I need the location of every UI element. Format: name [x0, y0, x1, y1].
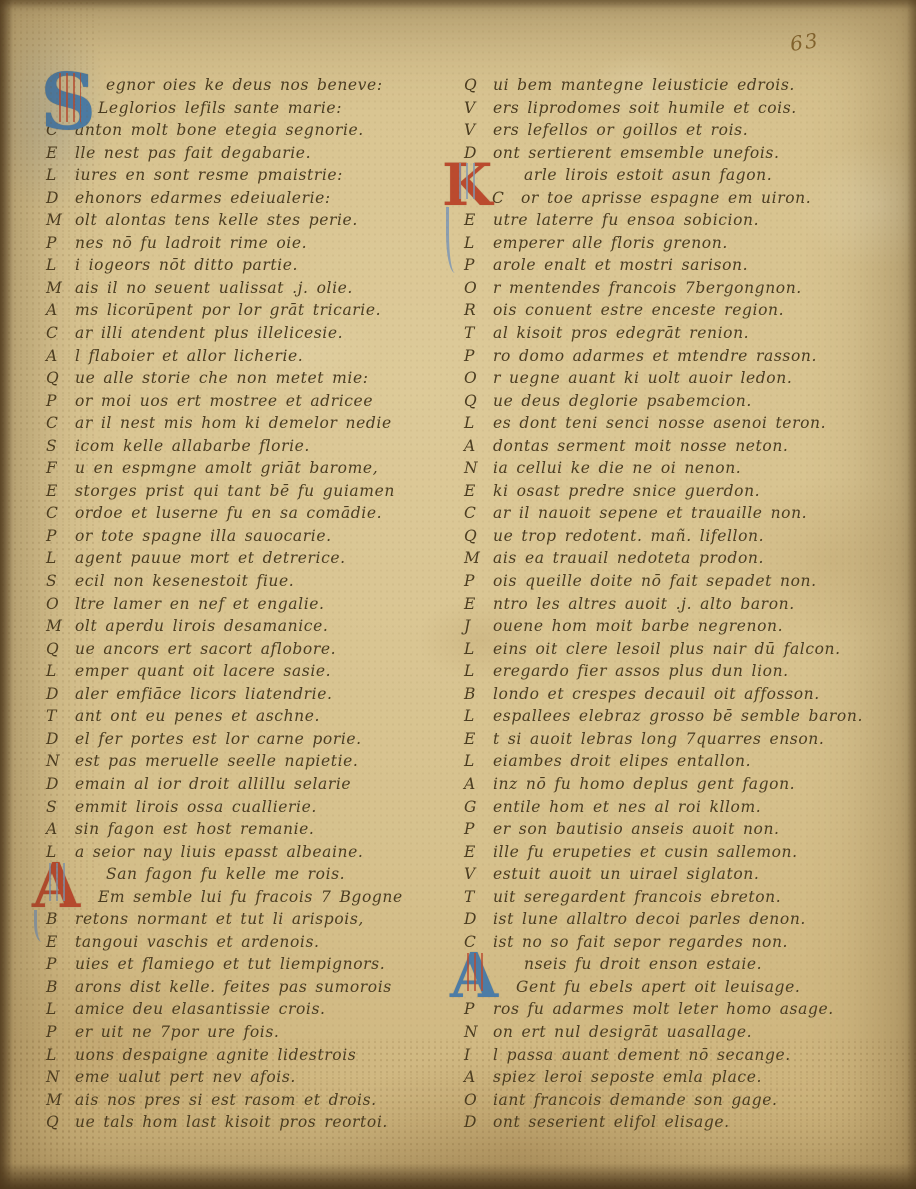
verse-line: Que ancors ert sacort aflobore.	[46, 638, 458, 661]
line-initial: A	[464, 1066, 493, 1089]
line-initial: S	[46, 570, 75, 593]
verse-line: Car illi atendent plus illelicesie.	[46, 322, 458, 345]
verse-line: Luons despaigne agnite lidestrois	[46, 1044, 458, 1067]
verse-text: olt aperdu lirois desamanice.	[75, 617, 328, 635]
verse-line: Leiambes droit elipes entallon.	[464, 750, 914, 773]
verse-line: Oltre lamer en nef et engalie.	[46, 593, 458, 616]
verse-line: Daler emfiāce licors liatendrie.	[46, 683, 458, 706]
verse-text: arole enalt et mostri sarison.	[493, 256, 748, 274]
verse-text: r mentendes francois 7bergongnon.	[493, 279, 802, 297]
line-initial: O	[46, 593, 75, 616]
verse-line: Elle nest pas fait degabarie.	[46, 142, 458, 165]
line-initial: D	[46, 728, 75, 751]
verse-text: tangoui vaschis et ardenois.	[75, 933, 320, 951]
line-initial: V	[464, 863, 493, 886]
verse-text: anton molt bone etegia segnorie.	[75, 121, 364, 139]
verse-text: uies et flamiego et tut liempignors.	[75, 955, 385, 973]
line-initial: E	[46, 480, 75, 503]
verse-text: ro domo adarmes et mtendre rasson.	[493, 347, 817, 365]
verse-line: Leregardo fier assos plus dun lion.	[464, 660, 914, 683]
verse-text: ecil non kesenestoit fiue.	[75, 572, 294, 590]
line-initial: M	[46, 615, 75, 638]
verse-text: ar il nauoit sepene et trauaille non.	[493, 504, 807, 522]
verse-text: uit seregardent francois ebreton.	[493, 888, 781, 906]
verse-line: Qui bem mantegne leiusticie edrois.	[464, 74, 914, 97]
verse-line: Liures en sont resme pmaistrie:	[46, 164, 458, 187]
verse-line: Dehonors edarmes edeiualerie:	[46, 187, 458, 210]
verse-text: iant francois demande son gage.	[493, 1091, 778, 1109]
illuminated-initial-s: S	[40, 64, 97, 142]
verse-text: londo et crespes decauil oit affosson.	[493, 685, 820, 703]
verse-text: l passa auant dement nō secange.	[493, 1046, 791, 1064]
verse-line: Lemperer alle floris grenon.	[464, 232, 914, 255]
verse-text: icom kelle allabarbe florie.	[75, 437, 310, 455]
verse-text: ue trop redotent. mañ. lifellon.	[493, 527, 764, 545]
line-initial: V	[464, 119, 493, 142]
verse-text: emper quant oit lacere sasie.	[75, 662, 331, 680]
line-initial: A	[46, 345, 75, 368]
verse-text: uons despaigne agnite lidestrois	[75, 1046, 356, 1064]
verse-text: entile hom et nes al roi kllom.	[493, 798, 761, 816]
line-initial: D	[46, 683, 75, 706]
verse-line: Tuit seregardent francois ebreton.	[464, 886, 914, 909]
verse-line: Or uegne auant ki uolt auoir ledon.	[464, 367, 914, 390]
verse-text: ers liprodomes soit humile et cois.	[493, 99, 797, 117]
verse-line: Puies et flamiego et tut liempignors.	[46, 953, 458, 976]
line-initial: E	[464, 480, 493, 503]
verse-line: Molt alontas tens kelle stes perie.	[46, 209, 458, 232]
line-initial: P	[46, 525, 75, 548]
line-initial: V	[464, 97, 493, 120]
verse-text: Em semble lui fu fracois 7 Bgogne	[98, 888, 403, 906]
verse-line: Asin fagon est host remanie.	[46, 818, 458, 841]
verse-text: ont seserient elifol elisage.	[493, 1113, 730, 1131]
verse-line: Per son bautisio anseis auoit non.	[464, 818, 914, 841]
verse-line: Blondo et crespes decauil oit affosson.	[464, 683, 914, 706]
line-initial: T	[464, 886, 493, 909]
verse-line: Leins oit clere lesoil plus nair dū falc…	[464, 638, 914, 661]
line-initial: D	[464, 908, 493, 931]
verse-line: Demain al ior droit allillu selarie	[46, 773, 458, 796]
verse-text: ar illi atendent plus illelicesie.	[75, 324, 343, 342]
verse-text: ui bem mantegne leiusticie edrois.	[493, 76, 795, 94]
verse-text: retons normant et tut li arispois,	[75, 910, 364, 928]
verse-line: Que tals hom last kisoit pros reortoi.	[46, 1111, 458, 1134]
verse-text: sin fagon est host remanie.	[75, 820, 314, 838]
verse-line: Gentile hom et nes al roi kllom.	[464, 796, 914, 819]
line-initial: B	[46, 976, 75, 999]
line-initial: T	[46, 705, 75, 728]
line-initial: S	[46, 796, 75, 819]
verse-text: ar il nest mis hom ki demelor nedie	[75, 414, 392, 432]
line-initial: N	[464, 1021, 493, 1044]
verse-text: er son bautisio anseis auoit non.	[493, 820, 780, 838]
verse-line: Pros fu adarmes molt leter homo asage.	[464, 998, 914, 1021]
line-initial: E	[464, 728, 493, 751]
line-initial: L	[46, 164, 75, 187]
left-text-column: Segnor oies ke deus nos beneve:Leglorios…	[46, 74, 458, 1134]
verse-text: espallees elebraz grosso bē semble baron…	[493, 707, 863, 725]
verse-text: ois queille doite nō fait sepadet non.	[493, 572, 817, 590]
verse-text: storges prist qui tant bē fu guiamen	[75, 482, 395, 500]
verse-text: arle lirois estoit asun fagon.	[524, 166, 772, 184]
line-initial: L	[46, 547, 75, 570]
verse-line: Neme ualut pert nev afois.	[46, 1066, 458, 1089]
line-initial: S	[46, 435, 75, 458]
folio-number: 63	[788, 28, 821, 56]
verse-line: Aspiez leroi seposte emla place.	[464, 1066, 914, 1089]
verse-line: Karle lirois estoit asun fagon.	[464, 164, 914, 187]
verse-line: Nia cellui ke die ne oi nenon.	[464, 457, 914, 480]
verse-text: San fagon fu kelle me rois.	[106, 865, 345, 883]
verse-line: Secil non kesenestoit fiue.	[46, 570, 458, 593]
line-initial: P	[464, 254, 493, 277]
verse-text: egnor oies ke deus nos beneve:	[106, 76, 383, 94]
verse-line: Non ert nul desigrāt uasallage.	[464, 1021, 914, 1044]
line-initial: A	[464, 773, 493, 796]
verse-line: Lagent pauue mort et detrerice.	[46, 547, 458, 570]
verse-text: ers lefellos or goillos et rois.	[493, 121, 748, 139]
line-initial: N	[46, 1066, 75, 1089]
line-initial: D	[46, 773, 75, 796]
line-initial: L	[46, 254, 75, 277]
illuminated-initial-a: A	[32, 855, 81, 917]
verse-line: Vers liprodomes soit humile et cois.	[464, 97, 914, 120]
verse-line: Parole enalt et mostri sarison.	[464, 254, 914, 277]
verse-text: er uit ne 7por ure fois.	[75, 1023, 279, 1041]
verse-text: ais il no seuent ualissat .j. olie.	[75, 279, 353, 297]
verse-text: eme ualut pert nev afois.	[75, 1068, 296, 1086]
verse-line: Canton molt bone etegia segnorie.	[46, 119, 458, 142]
line-initial: P	[46, 1021, 75, 1044]
verse-text: agent pauue mort et detrerice.	[75, 549, 346, 567]
verse-text: ltre lamer en nef et engalie.	[75, 595, 325, 613]
verse-text: olt alontas tens kelle stes perie.	[75, 211, 358, 229]
line-initial: Q	[46, 367, 75, 390]
line-initial: L	[46, 660, 75, 683]
verse-line: Vestuit auoit un uirael siglaton.	[464, 863, 914, 886]
verse-line: Segnor oies ke deus nos beneve:	[46, 74, 458, 97]
verse-text: ia cellui ke die ne oi nenon.	[493, 459, 741, 477]
verse-line: Pois queille doite nō fait sepadet non.	[464, 570, 914, 593]
verse-line: Anseis fu droit enson estaie.	[464, 953, 914, 976]
verse-line: Pnes nō fu ladroit rime oie.	[46, 232, 458, 255]
line-initial: A	[46, 299, 75, 322]
line-initial: C	[46, 412, 75, 435]
illuminated-initial-k: K	[442, 156, 493, 214]
verse-line: Mais nos pres si est rasom et drois.	[46, 1089, 458, 1112]
verse-text: a seior nay liuis epasst albeaine.	[75, 843, 363, 861]
line-initial: C	[46, 322, 75, 345]
line-initial: C	[492, 187, 521, 210]
verse-line: Em semble lui fu fracois 7 Bgogne	[46, 886, 458, 909]
verse-text: ue tals hom last kisoit pros reortoi.	[75, 1113, 388, 1131]
verse-text: on ert nul desigrāt uasallage.	[493, 1023, 752, 1041]
verse-line: Adontas serment moit nosse neton.	[464, 435, 914, 458]
line-initial: M	[464, 547, 493, 570]
verse-text: Leglorios lefils sante marie:	[98, 99, 342, 117]
line-initial: D	[46, 187, 75, 210]
verse-line: Oiant francois demande son gage.	[464, 1089, 914, 1112]
verse-line: Del fer portes est lor carne porie.	[46, 728, 458, 751]
verse-line: Cordoe et luserne fu en sa comādie.	[46, 502, 458, 525]
verse-line: Entro les altres auoit .j. alto baron.	[464, 593, 914, 616]
verse-text: i iogeors nōt ditto partie.	[75, 256, 298, 274]
verse-line: Dont seserient elifol elisage.	[464, 1111, 914, 1134]
line-initial: N	[46, 750, 75, 773]
verse-text: eregardo fier assos plus dun lion.	[493, 662, 789, 680]
verse-text: eiambes droit elipes entallon.	[493, 752, 751, 770]
line-initial: B	[464, 683, 493, 706]
verse-text: ist no so fait sepor regardes non.	[493, 933, 788, 951]
line-initial: P	[46, 390, 75, 413]
verse-text: ue ancors ert sacort aflobore.	[75, 640, 336, 658]
verse-line: Por tote spagne illa sauocarie.	[46, 525, 458, 548]
verse-text: al kisoit pros edegrāt renion.	[493, 324, 749, 342]
verse-text: amice deu elasantissie crois.	[75, 1000, 326, 1018]
line-initial: N	[464, 457, 493, 480]
verse-line: Mais il no seuent ualissat .j. olie.	[46, 277, 458, 300]
verse-text: est pas meruelle seelle napietie.	[75, 752, 358, 770]
verse-text: ki osast predre snice guerdon.	[493, 482, 760, 500]
verse-text: utre laterre fu ensoa sobicion.	[493, 211, 759, 229]
verse-line: Mais ea trauail nedoteta prodon.	[464, 547, 914, 570]
manuscript-page: 63 Segnor oies ke deus nos beneve:Leglor…	[0, 0, 916, 1189]
line-initial: Q	[464, 390, 493, 413]
illuminated-initial-a: A	[450, 945, 499, 1007]
line-initial: F	[46, 457, 75, 480]
verse-text: estuit auoit un uirael siglaton.	[493, 865, 759, 883]
line-initial: M	[46, 209, 75, 232]
verse-line: Dont sertierent emsemble unefois.	[464, 142, 914, 165]
line-initial: M	[46, 277, 75, 300]
verse-line: Lamice deu elasantissie crois.	[46, 998, 458, 1021]
verse-line: Pro domo adarmes et mtendre rasson.	[464, 345, 914, 368]
verse-text: lle nest pas fait degabarie.	[75, 144, 311, 162]
verse-line: Il passa auant dement nō secange.	[464, 1044, 914, 1067]
verse-line: Barons dist kelle. feites pas sumorois	[46, 976, 458, 999]
line-initial: P	[46, 232, 75, 255]
verse-line: Leglorios lefils sante marie:	[46, 97, 458, 120]
verse-line: Lemper quant oit lacere sasie.	[46, 660, 458, 683]
verse-line: Or mentendes francois 7bergongnon.	[464, 277, 914, 300]
verse-text: spiez leroi seposte emla place.	[493, 1068, 762, 1086]
verse-text: or toe aprisse espagne em uiron.	[521, 189, 811, 207]
verse-text: ue deus deglorie psabemcion.	[493, 392, 752, 410]
verse-line: Etangoui vaschis et ardenois.	[46, 931, 458, 954]
verse-text: emmit lirois ossa cuallierie.	[75, 798, 317, 816]
line-initial: L	[464, 638, 493, 661]
verse-text: emperer alle floris grenon.	[493, 234, 728, 252]
verse-line: Vers lefellos or goillos et rois.	[464, 119, 914, 142]
verse-text: or moi uos ert mostree et adricee	[75, 392, 373, 410]
verse-line: Eille fu erupeties et cusin sallemon.	[464, 841, 914, 864]
verse-text: emain al ior droit allillu selarie	[75, 775, 351, 793]
verse-line: Li iogeors nōt ditto partie.	[46, 254, 458, 277]
verse-line: Semmit lirois ossa cuallierie.	[46, 796, 458, 819]
verse-line: Rois conuent estre enceste region.	[464, 299, 914, 322]
line-initial: A	[46, 818, 75, 841]
verse-text: ist lune allaltro decoi parles denon.	[493, 910, 806, 928]
verse-text: nes nō fu ladroit rime oie.	[75, 234, 307, 252]
verse-text: ntro les altres auoit .j. alto baron.	[493, 595, 795, 613]
line-initial: L	[46, 998, 75, 1021]
verse-text: ue alle storie che non metet mie:	[75, 369, 369, 387]
verse-text: aler emfiāce licors liatendrie.	[75, 685, 333, 703]
verse-line: Ainz nō fu homo deplus gent fagon.	[464, 773, 914, 796]
verse-text: ehonors edarmes edeiualerie:	[75, 189, 331, 207]
line-initial: E	[46, 931, 75, 954]
verse-text: arons dist kelle. feites pas sumorois	[75, 978, 392, 996]
verse-text: nseis fu droit enson estaie.	[524, 955, 762, 973]
verse-line: La seior nay liuis epasst albeaine.	[46, 841, 458, 864]
verse-line: Que deus deglorie psabemcion.	[464, 390, 914, 413]
verse-text: es dont teni senci nosse asenoi teron.	[493, 414, 826, 432]
verse-line: Que alle storie che non metet mie:	[46, 367, 458, 390]
line-initial: L	[46, 1044, 75, 1067]
verse-line: Per uit ne 7por ure fois.	[46, 1021, 458, 1044]
verse-line: Car il nest mis hom ki demelor nedie	[46, 412, 458, 435]
line-initial: E	[464, 841, 493, 864]
verse-text: ms licorūpent por lor grāt tricarie.	[75, 301, 381, 319]
line-initial: C	[464, 502, 493, 525]
verse-text: ais nos pres si est rasom et drois.	[75, 1091, 377, 1109]
line-initial: L	[464, 750, 493, 773]
line-initial: L	[464, 412, 493, 435]
verse-line: Et si auoit lebras long 7quarres enson.	[464, 728, 914, 751]
verse-line: Eki osast predre snice guerdon.	[464, 480, 914, 503]
line-initial: L	[464, 705, 493, 728]
verse-text: iures en sont resme pmaistrie:	[75, 166, 343, 184]
line-initial: L	[464, 232, 493, 255]
verse-text: inz nō fu homo deplus gent fagon.	[493, 775, 795, 793]
verse-text: r uegne auant ki uolt auoir ledon.	[493, 369, 792, 387]
line-initial: P	[46, 953, 75, 976]
verse-text: ille fu erupeties et cusin sallemon.	[493, 843, 798, 861]
line-initial: G	[464, 796, 493, 819]
verse-text: ros fu adarmes molt leter homo asage.	[493, 1000, 834, 1018]
verse-text: Gent fu ebels apert oit leuisage.	[516, 978, 800, 996]
line-initial: Q	[464, 74, 493, 97]
verse-text: eins oit clere lesoil plus nair dū falco…	[493, 640, 841, 658]
verse-line: Eutre laterre fu ensoa sobicion.	[464, 209, 914, 232]
line-initial: P	[464, 345, 493, 368]
line-initial: A	[464, 435, 493, 458]
verse-line: Cist no so fait sepor regardes non.	[464, 931, 914, 954]
verse-text: dontas serment moit nosse neton.	[493, 437, 788, 455]
verse-line: Estorges prist qui tant bē fu guiamen	[46, 480, 458, 503]
line-initial: P	[464, 818, 493, 841]
verse-text: l flaboier et allor licherie.	[75, 347, 303, 365]
verse-line: Les dont teni senci nosse asenoi teron.	[464, 412, 914, 435]
verse-text: or tote spagne illa sauocarie.	[75, 527, 332, 545]
verse-line: Que trop redotent. mañ. lifellon.	[464, 525, 914, 548]
verse-text: ordoe et luserne fu en sa comādie.	[75, 504, 382, 522]
verse-text: el fer portes est lor carne porie.	[75, 730, 362, 748]
line-initial: L	[464, 660, 493, 683]
verse-line: Al flaboier et allor licherie.	[46, 345, 458, 368]
verse-text: ont sertierent emsemble unefois.	[493, 144, 780, 162]
line-initial: P	[464, 570, 493, 593]
verse-line: Jouene hom moit barbe negrenon.	[464, 615, 914, 638]
verse-line: ASan fagon fu kelle me rois.	[46, 863, 458, 886]
right-text-column: Qui bem mantegne leiusticie edrois.Vers …	[464, 74, 914, 1134]
line-initial: Q	[464, 525, 493, 548]
verse-line: Car il nauoit sepene et trauaille non.	[464, 502, 914, 525]
verse-line: Sicom kelle allabarbe florie.	[46, 435, 458, 458]
verse-line: Gent fu ebels apert oit leuisage.	[464, 976, 914, 999]
line-initial: J	[464, 615, 493, 638]
line-initial: O	[464, 277, 493, 300]
verse-line: Tant ont eu penes et aschne.	[46, 705, 458, 728]
verse-line: Tal kisoit pros edegrāt renion.	[464, 322, 914, 345]
line-initial: D	[464, 1111, 493, 1134]
verse-line: Molt aperdu lirois desamanice.	[46, 615, 458, 638]
verse-line: Lespallees elebraz grosso bē semble baro…	[464, 705, 914, 728]
verse-line: Bretons normant et tut li arispois,	[46, 908, 458, 931]
line-initial: O	[464, 367, 493, 390]
verse-text: ois conuent estre enceste region.	[493, 301, 784, 319]
verse-text: ouene hom moit barbe negrenon.	[493, 617, 783, 635]
line-initial: R	[464, 299, 493, 322]
verse-line: Nest pas meruelle seelle napietie.	[46, 750, 458, 773]
line-initial: Q	[46, 1111, 75, 1134]
verse-line: Ams licorūpent por lor grāt tricarie.	[46, 299, 458, 322]
verse-line: Fu en espmgne amolt griāt barome,	[46, 457, 458, 480]
line-initial: C	[46, 502, 75, 525]
verse-line: Cor toe aprisse espagne em uiron.	[464, 187, 914, 210]
verse-line: Por moi uos ert mostree et adricee	[46, 390, 458, 413]
line-initial: E	[464, 593, 493, 616]
line-initial: O	[464, 1089, 493, 1112]
verse-text: ant ont eu penes et aschne.	[75, 707, 320, 725]
line-initial: M	[46, 1089, 75, 1112]
verse-line: Dist lune allaltro decoi parles denon.	[464, 908, 914, 931]
line-initial: T	[464, 322, 493, 345]
verse-text: u en espmgne amolt griāt barome,	[75, 459, 378, 477]
line-initial: Q	[46, 638, 75, 661]
line-initial: I	[464, 1044, 493, 1067]
verse-text: t si auoit lebras long 7quarres enson.	[493, 730, 824, 748]
verse-text: ais ea trauail nedoteta prodon.	[493, 549, 764, 567]
